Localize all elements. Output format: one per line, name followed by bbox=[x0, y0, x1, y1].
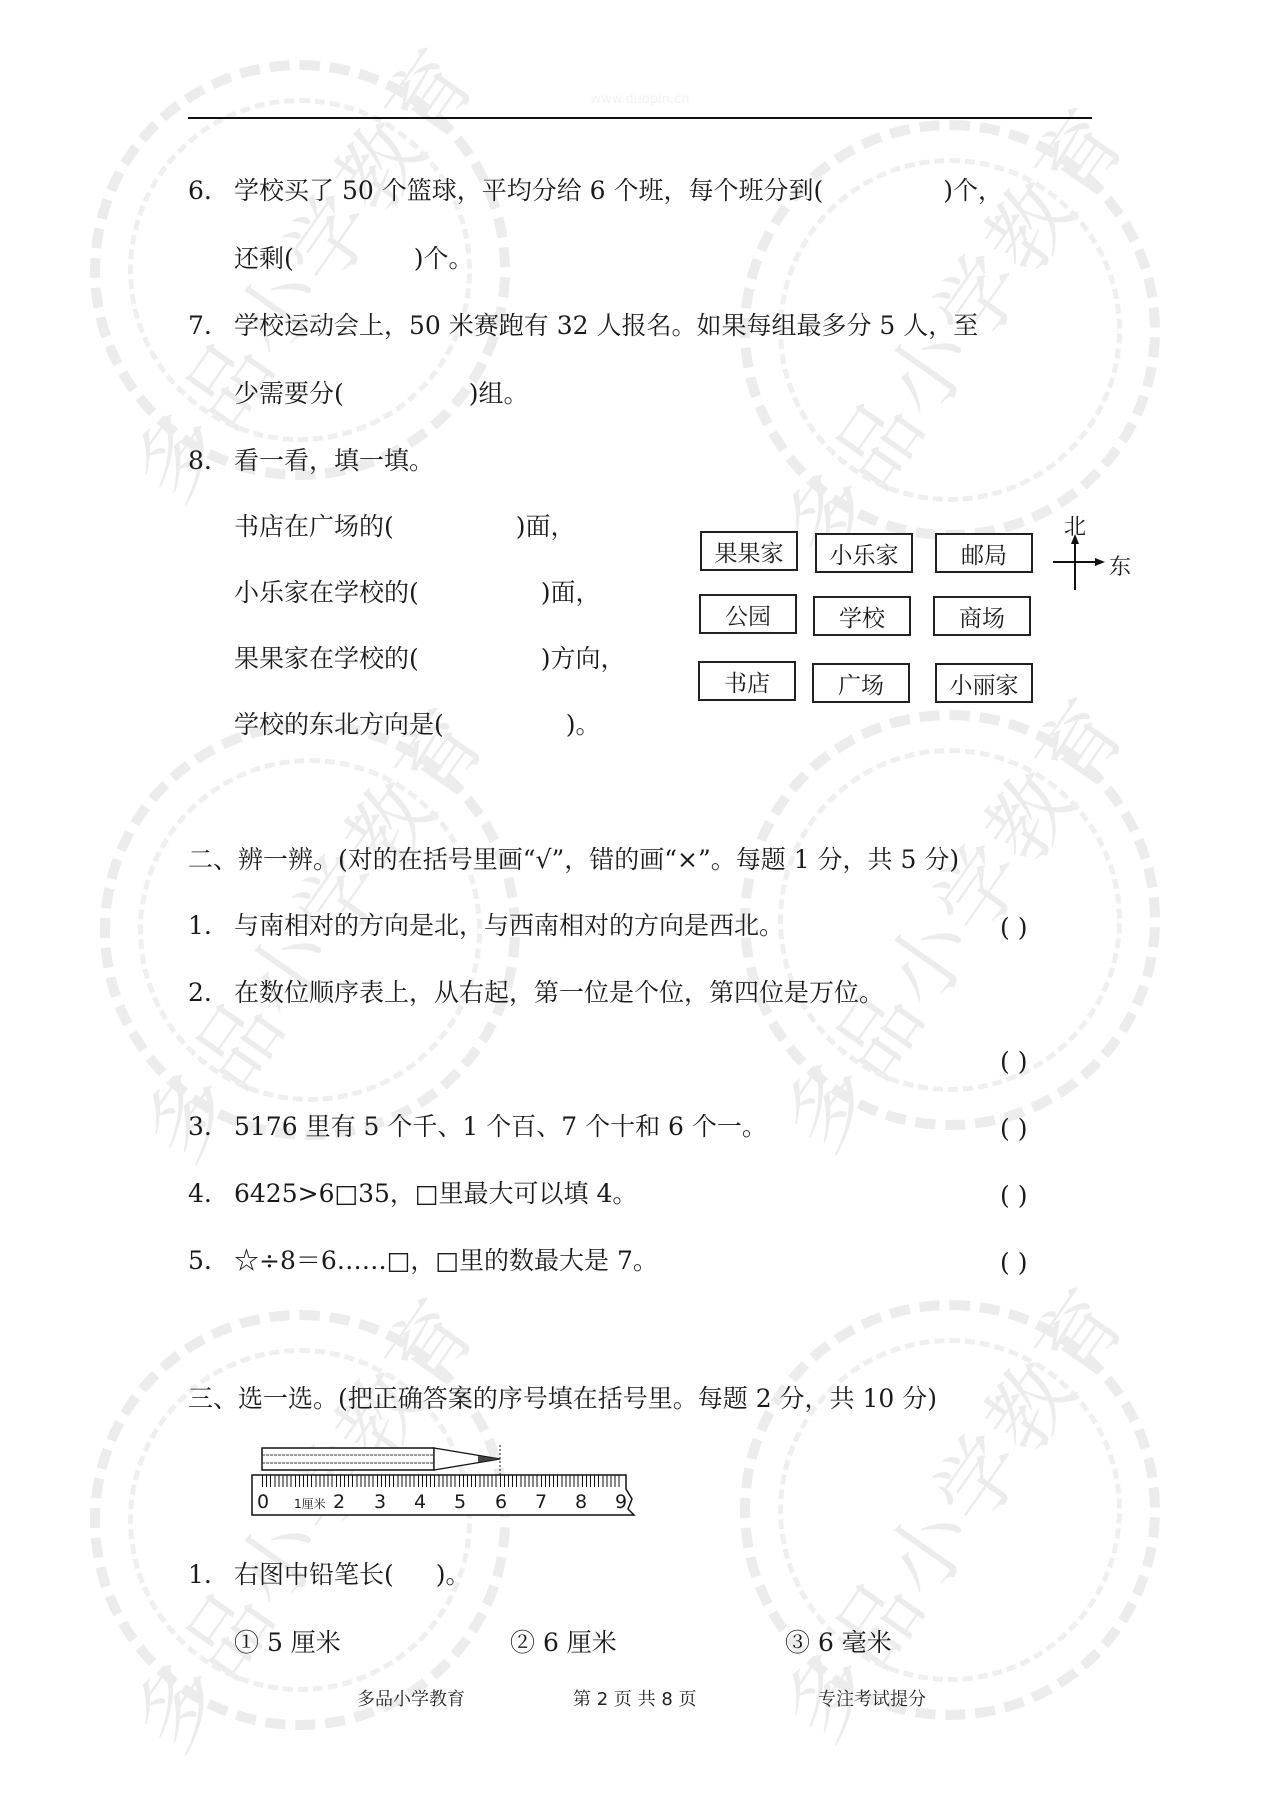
map-cell-square: 广场 bbox=[812, 663, 910, 703]
judge-answer-bracket[interactable]: ( ) bbox=[1000, 1047, 1027, 1076]
judge-item: 5.☆÷8＝6……□，□里的数最大是 7。 bbox=[188, 1248, 658, 1273]
question-6-line-1: 6.学校买了 50 个篮球，平均分给 6 个班，每个班分到()个， bbox=[188, 178, 1003, 203]
judge-answer-bracket[interactable]: ( ) bbox=[1000, 1181, 1027, 1210]
question-7-line-1: 7.学校运动会上，50 米赛跑有 32 人报名。如果每组最多分 5 人，至 bbox=[188, 313, 978, 338]
map-cell-school: 学校 bbox=[813, 596, 911, 636]
ruler-ticks bbox=[262, 1475, 622, 1487]
map-cell-park: 公园 bbox=[699, 594, 797, 634]
section-3-title: 三、选一选。(把正确答案的序号填在括号里。每题 2 分，共 10 分) bbox=[188, 1386, 937, 1411]
question-7-line-2: 少需要分()组。 bbox=[234, 381, 529, 406]
question-8-line: 书店在广场的()面， bbox=[234, 514, 576, 539]
choice-question-1: 1.右图中铅笔长()。 bbox=[188, 1562, 471, 1587]
footer-brand: 多品小学教育 bbox=[357, 1685, 465, 1711]
map-cell-mall: 商场 bbox=[933, 596, 1031, 636]
page-content: www.duopin.cn 6.学校买了 50 个篮球，平均分给 6 个班，每个… bbox=[0, 0, 1280, 1810]
map-cell-guoguo-home: 果果家 bbox=[700, 531, 798, 571]
judge-item: 3.5176 里有 5 个千、1 个百、7 个十和 6 个一。 bbox=[188, 1114, 767, 1139]
choice-option-3: ③ 6 毫米 bbox=[785, 1630, 892, 1655]
judge-answer-bracket[interactable]: ( ) bbox=[1000, 1248, 1027, 1277]
compass-east-label: 东 bbox=[1109, 550, 1131, 581]
choice-option-2: ② 6 厘米 bbox=[510, 1630, 617, 1655]
question-6-line-2: 还剩()个。 bbox=[234, 246, 474, 271]
section-2-title: 二、辨一辨。(对的在括号里画“√”，错的画“×”。每题 1 分，共 5 分) bbox=[188, 847, 959, 872]
map-cell-xiaoli-home: 小丽家 bbox=[935, 663, 1033, 703]
compass-arrows-icon bbox=[1053, 534, 1113, 590]
question-8-title: 8.看一看，填一填。 bbox=[188, 448, 434, 473]
direction-map: 果果家 小乐家 邮局 公园 学校 商场 书店 广场 小丽家 bbox=[700, 525, 1040, 725]
question-8-line: 小乐家在学校的()面， bbox=[234, 580, 601, 605]
map-cell-xiaole-home: 小乐家 bbox=[815, 533, 913, 573]
footer-slogan: 专注考试提分 bbox=[818, 1685, 926, 1711]
judge-item: 1.与南相对的方向是北，与西南相对的方向是西北。 bbox=[188, 913, 784, 938]
judge-answer-bracket[interactable]: ( ) bbox=[1000, 1114, 1027, 1143]
footer-page-number: 第 2 页 共 8 页 bbox=[573, 1685, 697, 1711]
choice-option-1: ① 5 厘米 bbox=[234, 1630, 341, 1655]
judge-item: 2.在数位顺序表上，从右起，第一位是个位，第四位是万位。 bbox=[188, 980, 884, 1005]
judge-item: 4.6425>6□35，□里最大可以填 4。 bbox=[188, 1181, 637, 1206]
map-cell-post-office: 邮局 bbox=[935, 533, 1033, 573]
pencil-ruler-figure: 0 1厘米 2 3 4 5 6 7 8 9 bbox=[250, 1445, 650, 1529]
question-8-line: 学校的东北方向是()。 bbox=[234, 712, 601, 737]
ruler-labels: 0 1厘米 2 3 4 5 6 7 8 9 bbox=[250, 1491, 630, 1513]
map-cell-bookstore: 书店 bbox=[698, 661, 796, 701]
judge-answer-bracket[interactable]: ( ) bbox=[1000, 913, 1027, 942]
compass: 北 东 bbox=[1053, 510, 1133, 590]
header-rule bbox=[188, 117, 1092, 119]
header-watermark-url: www.duopin.cn bbox=[0, 92, 1280, 107]
question-8-line: 果果家在学校的()方向， bbox=[234, 646, 626, 671]
